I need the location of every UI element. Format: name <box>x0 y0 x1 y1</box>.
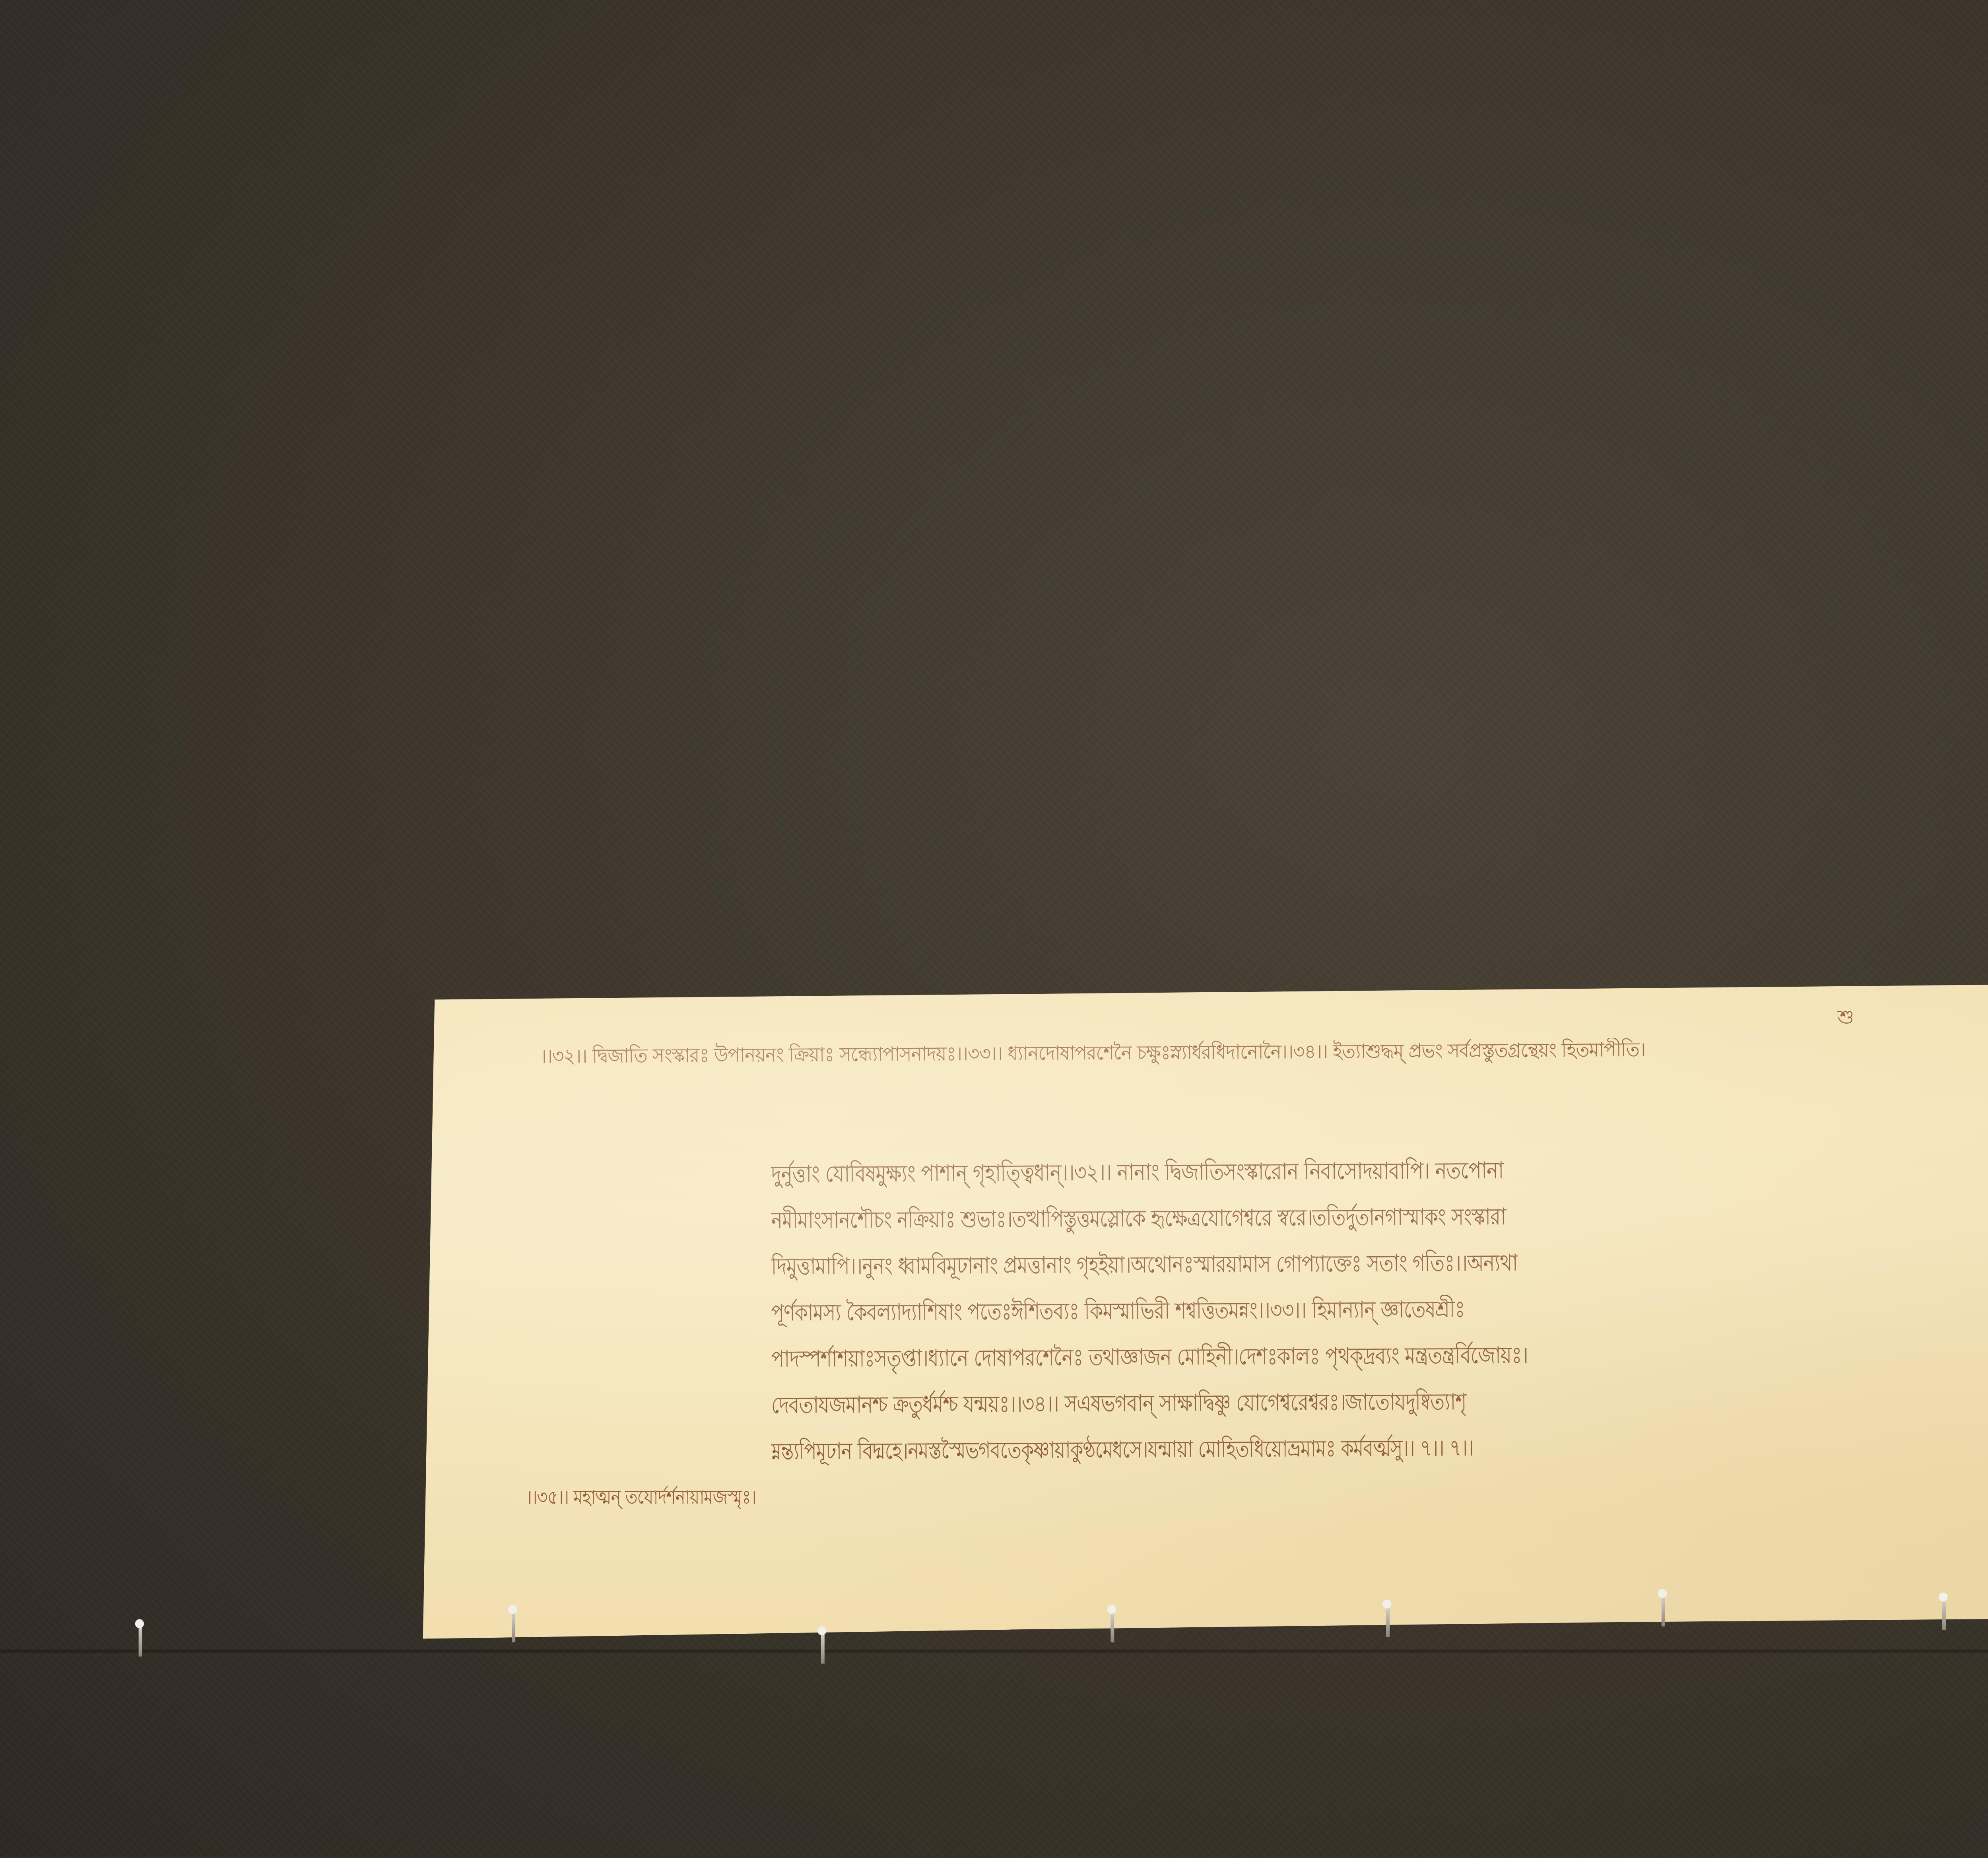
mounting-pin <box>1662 1594 1665 1626</box>
manuscript-body-line-6: দেবতাযজমানশ্চ ক্রতুর্ধর্মশ্চ যন্ময়ঃ।।৩৪… <box>771 1386 1466 1427</box>
manuscript-leaf: ।।৩২।। দ্বিজাতি সংস্কারঃ উপানয়নং ক্রিয়… <box>423 981 1988 1639</box>
manuscript-body-line-7: ম্নন্ত্যপিমূঢান বিদ্মহে।নমস্তস্মৈভগবতেকৃ… <box>771 1432 1473 1473</box>
manuscript-body-line-4: পূর্ণকামস্য কৈবল্যাদ্যাশিষাং পতেঃঈশিতব্য… <box>771 1294 1464 1335</box>
mounting-pin <box>1942 1598 1946 1630</box>
mounting-pin <box>1386 1605 1390 1637</box>
mounting-pin <box>821 1632 825 1664</box>
marginal-note: শু <box>1837 1003 1854 1036</box>
mounting-pin <box>139 1625 142 1656</box>
manuscript-body-line-2: নমীমাংসানশৌচং নক্রিয়াঃ শুভাঃ।তত্থাপিস্ত… <box>771 1201 1506 1243</box>
mounting-pin <box>1110 1610 1114 1642</box>
photo-stage: ।।৩২।। দ্বিজাতি সংস্কারঃ উপানয়নং ক্রিয়… <box>0 0 1988 1858</box>
manuscript-body-line-5: পাদস্পর্শাশয়াঃসতৃপ্তা।ধ্যানে দোষাপরশেনৈ… <box>771 1340 1528 1381</box>
manuscript-header-line: ।।৩২।। দ্বিজাতি সংস্কারঃ উপানয়নং ক্রিয়… <box>540 1035 1645 1075</box>
mount-edge <box>0 1650 1988 1653</box>
manuscript-footer-line: ।।৩৫।। মহাত্মন্‌ তযোর্দর্শনায়ামজস্মৃঃ। <box>526 1482 756 1516</box>
manuscript-body-line-3: দিমুত্তামাপি।।নুনং ধ্বামবিমূঢানাং প্রমত্… <box>771 1248 1517 1289</box>
mounting-pin <box>512 1610 515 1642</box>
manuscript-body-line-1: দুর্নুত্তাং যোবিষমুক্ষ্যং পাশান্‌ গৃহাত্… <box>771 1155 1503 1196</box>
